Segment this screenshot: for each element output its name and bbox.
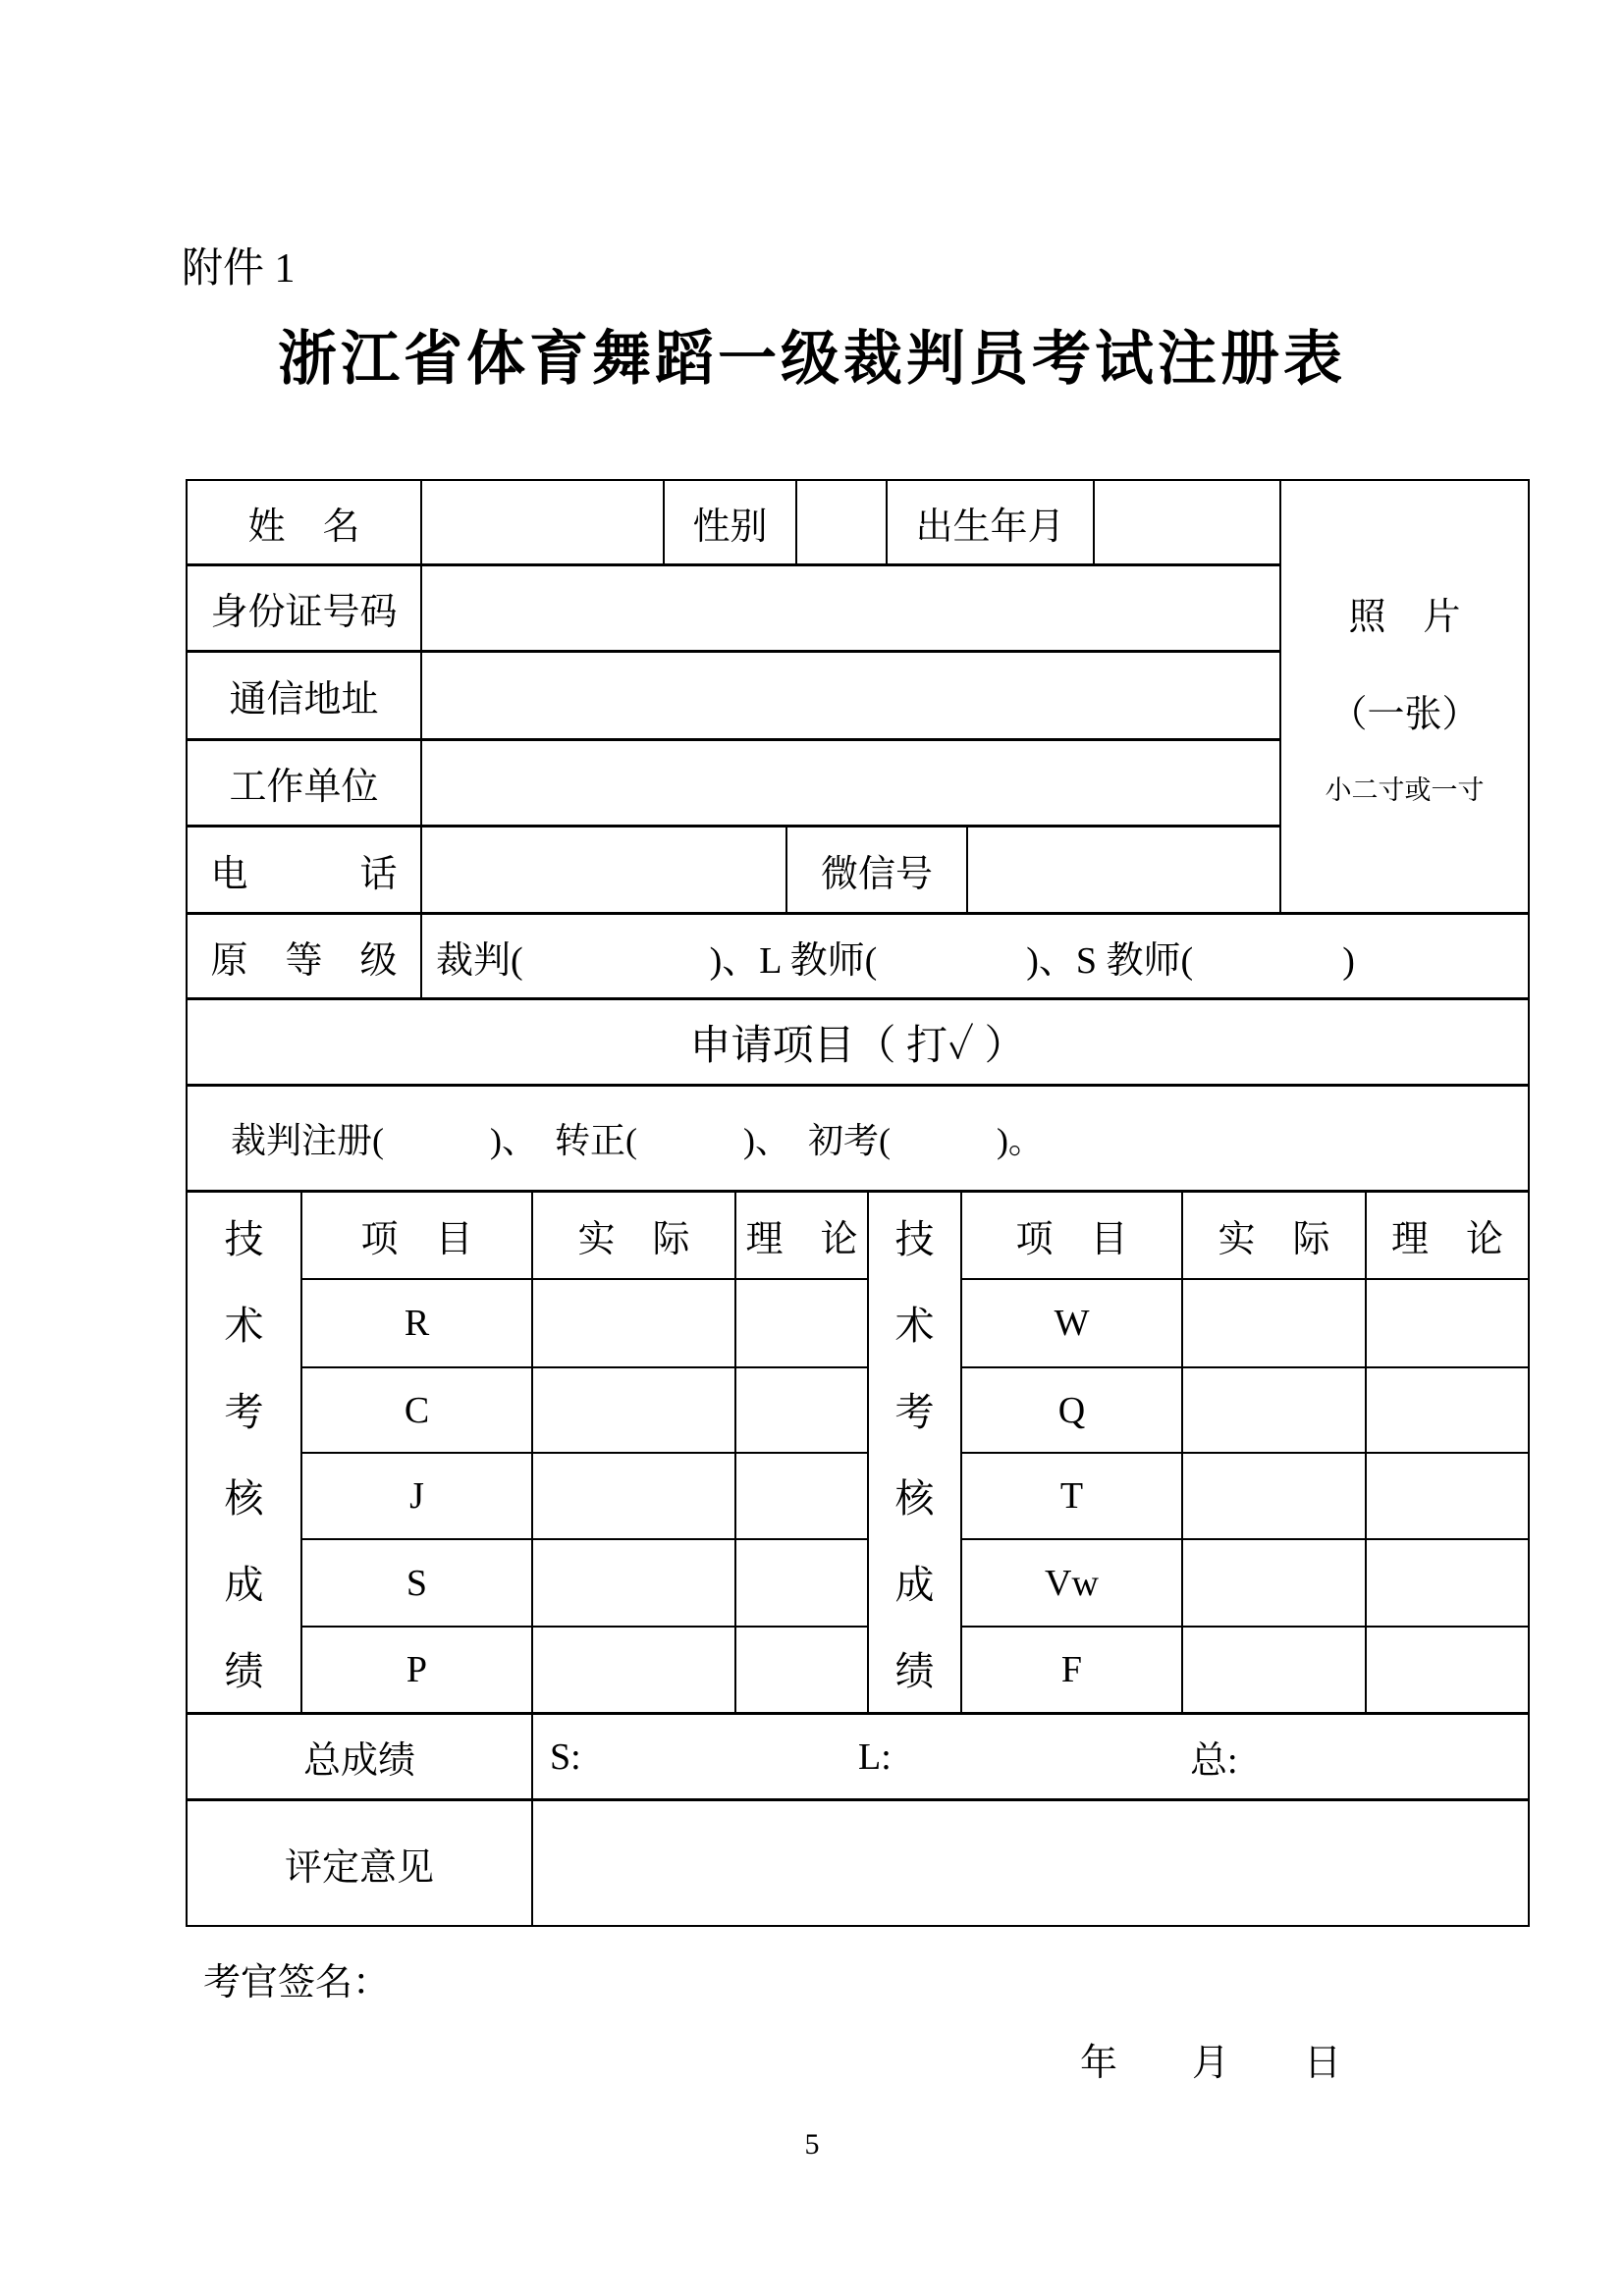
tech-item-right: T	[962, 1454, 1183, 1540]
wechat-value-cell	[968, 828, 1281, 915]
tech-item-left: S	[302, 1540, 533, 1628]
tech-col-actual-right: 实 际	[1183, 1193, 1367, 1280]
tech-vlabel-char: 术	[895, 1295, 935, 1351]
total-s-label: S:	[550, 1735, 581, 1779]
tech-theory-cell	[1367, 1628, 1528, 1715]
tech-actual-cell	[1183, 1628, 1367, 1715]
phone-label: 电 话	[188, 828, 422, 915]
workunit-label: 工作单位	[188, 741, 422, 828]
tech-vlabel-char: 成	[895, 1554, 935, 1610]
apply-project-options: 裁判注册( )、 转正( )、 初考( )。	[188, 1087, 1528, 1193]
tech-vlabel-char: 术	[225, 1295, 264, 1351]
tech-theory-cell	[1367, 1368, 1528, 1454]
tech-vlabel-char: 技	[895, 1208, 935, 1264]
tech-actual-cell	[533, 1280, 736, 1368]
tech-item-right: Q	[962, 1368, 1183, 1454]
gender-label: 性别	[665, 481, 797, 566]
page-number: 5	[0, 2128, 1624, 2162]
tech-item-left: C	[302, 1368, 533, 1454]
apply-project-header: 申请项目（ 打✓ ）	[188, 1000, 1528, 1087]
id-number-value-cell	[422, 566, 1281, 653]
tech-actual-cell	[1183, 1280, 1367, 1368]
tech-theory-cell	[736, 1368, 869, 1454]
tech-col-theory-left: 理 论	[736, 1193, 869, 1280]
tech-item-right: Vw	[962, 1540, 1183, 1628]
tech-vlabel-char: 技	[225, 1208, 264, 1264]
tech-theory-cell	[1367, 1280, 1528, 1368]
tech-col-item-left: 项 目	[302, 1193, 533, 1280]
tech-vlabel-char: 考	[895, 1381, 935, 1437]
document-page: 附件 1 浙江省体育舞蹈一级裁判员考试注册表 姓 名 性别 出生年月 照 片 （…	[0, 0, 1624, 2296]
page-title: 浙江省体育舞蹈一级裁判员考试注册表	[0, 312, 1624, 397]
tech-vlabel-char: 绩	[225, 1640, 264, 1696]
original-grade-content: 裁判( )、L 教师( )、S 教师( )	[422, 915, 1528, 1000]
tech-col-item-right: 项 目	[962, 1193, 1183, 1280]
total-sum-label: 总:	[1190, 1730, 1238, 1784]
name-label: 姓 名	[188, 481, 422, 566]
address-label: 通信地址	[188, 653, 422, 741]
id-number-label: 身份证号码	[188, 566, 422, 653]
tech-theory-cell	[1367, 1454, 1528, 1540]
total-l-label: L:	[858, 1735, 892, 1779]
tech-theory-cell	[736, 1280, 869, 1368]
tech-actual-cell	[1183, 1368, 1367, 1454]
tech-vertical-label-left: 技 术 考 核 成 绩	[188, 1193, 302, 1715]
tech-actual-cell	[533, 1540, 736, 1628]
date-line: 年 月 日	[1080, 2032, 1341, 2086]
tech-item-left: R	[302, 1280, 533, 1368]
total-score-label: 总成绩	[188, 1715, 533, 1801]
tech-vlabel-char: 核	[225, 1468, 264, 1523]
tech-col-actual-left: 实 际	[533, 1193, 736, 1280]
tech-vlabel-char: 考	[225, 1381, 264, 1437]
tech-theory-cell	[736, 1540, 869, 1628]
gender-value-cell	[797, 481, 888, 566]
tech-actual-cell	[1183, 1454, 1367, 1540]
attachment-label: 附件 1	[182, 236, 296, 294]
tech-item-right: W	[962, 1280, 1183, 1368]
workunit-value-cell	[422, 741, 1281, 828]
tech-actual-cell	[533, 1368, 736, 1454]
original-grade-label: 原 等 级	[188, 915, 422, 1000]
total-score-content: S: L: 总:	[533, 1715, 1528, 1801]
photo-count-label: （一张）	[1329, 683, 1479, 737]
tech-vertical-label-right: 技 术 考 核 成 绩	[869, 1193, 962, 1715]
tech-theory-cell	[736, 1454, 869, 1540]
tech-vlabel-char: 绩	[895, 1640, 935, 1696]
photo-cell: 照 片 （一张） 小二寸或一寸	[1281, 481, 1528, 915]
tech-theory-cell	[1367, 1540, 1528, 1628]
wechat-label: 微信号	[787, 828, 968, 915]
address-value-cell	[422, 653, 1281, 741]
tech-actual-cell	[533, 1454, 736, 1540]
tech-actual-cell	[533, 1628, 736, 1715]
review-opinion-cell	[533, 1801, 1528, 1925]
tech-col-theory-right: 理 论	[1367, 1193, 1528, 1280]
examiner-signature-label: 考官签名：	[203, 1951, 390, 2005]
registration-form-table: 姓 名 性别 出生年月 照 片 （一张） 小二寸或一寸 身份证号码 通信地址 工…	[186, 479, 1530, 1927]
birth-label: 出生年月	[888, 481, 1095, 566]
tech-theory-cell	[736, 1628, 869, 1715]
birth-value-cell	[1095, 481, 1281, 566]
phone-value-cell	[422, 828, 787, 915]
name-value-cell	[422, 481, 665, 566]
tech-item-right: F	[962, 1628, 1183, 1715]
review-opinion-label: 评定意见	[188, 1801, 533, 1925]
tech-item-left: J	[302, 1454, 533, 1540]
tech-actual-cell	[1183, 1540, 1367, 1628]
tech-vlabel-char: 核	[895, 1468, 935, 1523]
photo-label: 照 片	[1348, 586, 1460, 640]
photo-size-note: 小二寸或一寸	[1326, 769, 1485, 807]
tech-vlabel-char: 成	[225, 1554, 264, 1610]
tech-item-left: P	[302, 1628, 533, 1715]
